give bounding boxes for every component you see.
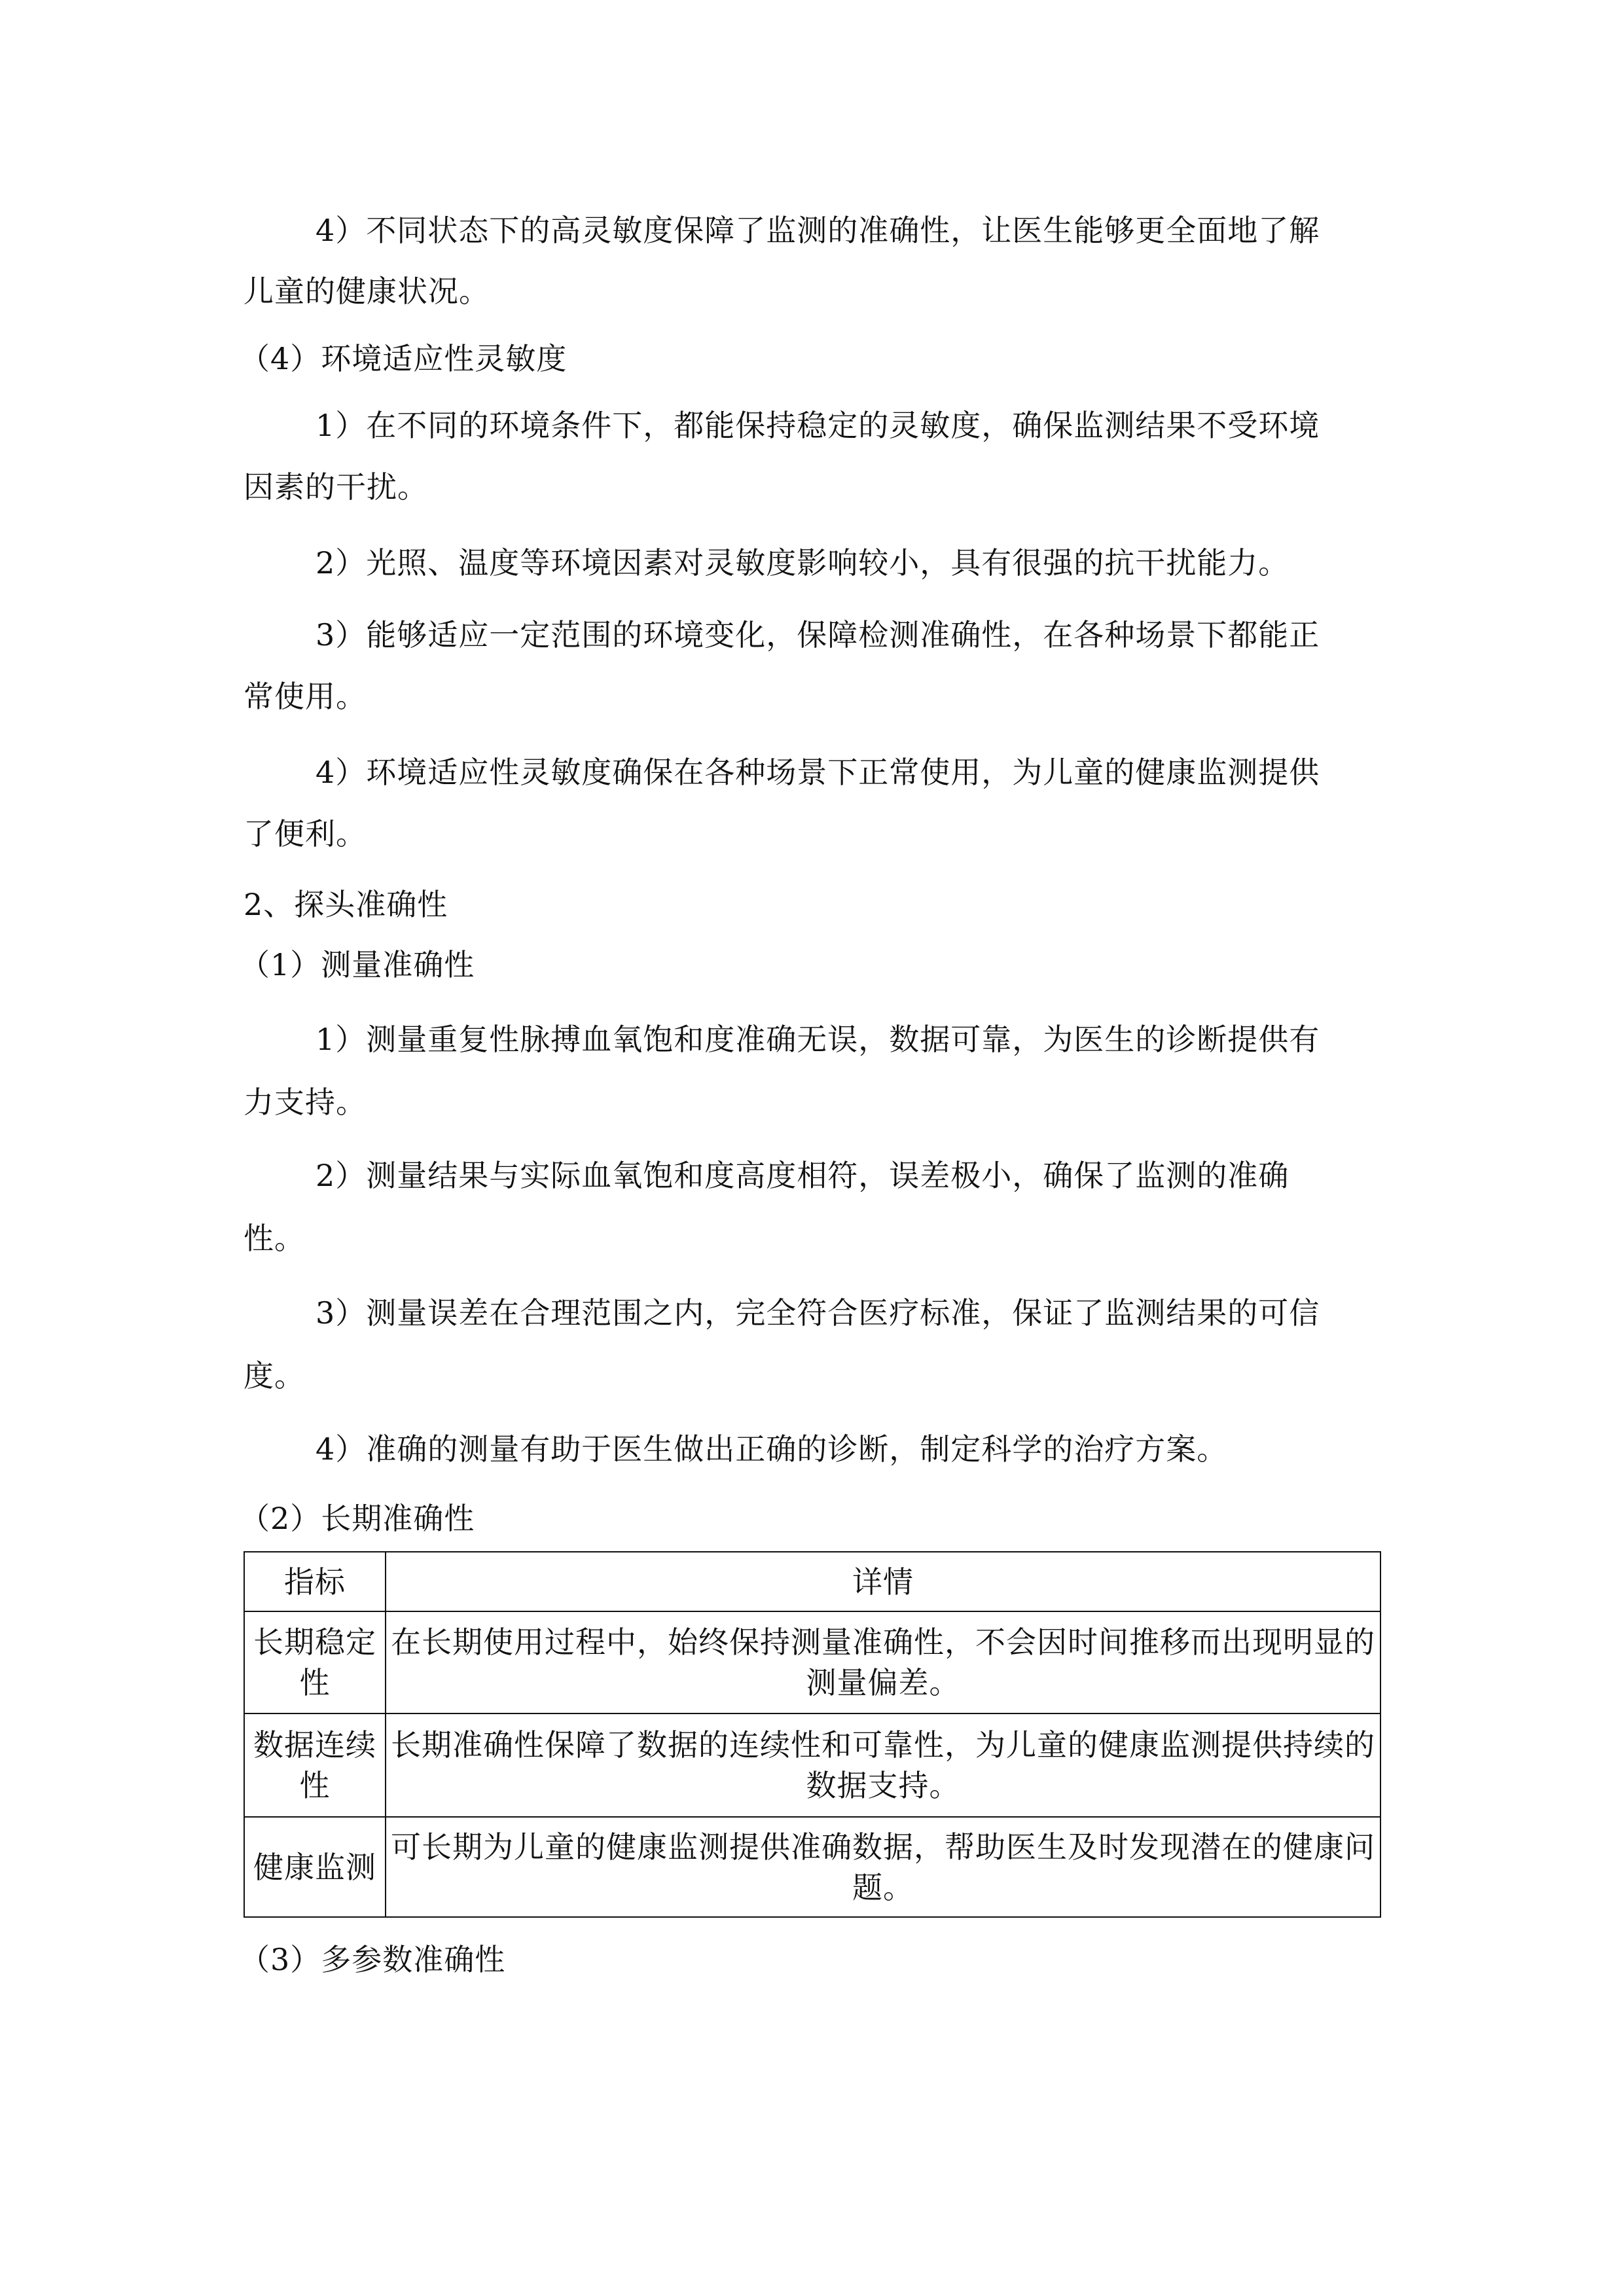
subsection-heading: （3）多参数准确性 — [240, 1940, 505, 1979]
paragraph-line: 性。 — [244, 1219, 305, 1258]
section-heading: 2、探头准确性 — [244, 885, 448, 924]
indicator-cell: 长期稳定性 — [244, 1611, 386, 1713]
paragraph-line: 4）环境适应性灵敏度确保在各种场景下正常使用，为儿童的健康监测提供 — [316, 753, 1320, 792]
paragraph-line: 1）在不同的环境条件下，都能保持稳定的灵敏度，确保监测结果不受环境 — [316, 406, 1320, 445]
paragraph-line: 常使用。 — [244, 677, 367, 716]
indicator-cell: 健康监测 — [244, 1817, 386, 1917]
table-header-row: 指标 详情 — [244, 1552, 1380, 1611]
paragraph-line: 因素的干扰。 — [244, 467, 428, 507]
paragraph-line: 2）光照、温度等环境因素对灵敏度影响较小，具有很强的抗干扰能力。 — [316, 543, 1289, 583]
table-row: 数据连续性 长期准确性保障了数据的连续性和可靠性，为儿童的健康监测提供持续的数据… — [244, 1713, 1380, 1817]
subsection-heading: （1）测量准确性 — [240, 945, 475, 984]
paragraph-line: 4）不同状态下的高灵敏度保障了监测的准确性，让医生能够更全面地了解 — [316, 211, 1320, 250]
paragraph-line: 3）测量误差在合理范围之内，完全符合医疗标准，保证了监测结果的可信 — [316, 1293, 1320, 1333]
paragraph-line: 了便利。 — [244, 814, 367, 853]
detail-cell: 在长期使用过程中，始终保持测量准确性，不会因时间推移而出现明显的测量偏差。 — [386, 1611, 1380, 1713]
paragraph-line: 3）能够适应一定范围的环境变化，保障检测准确性，在各种场景下都能正 — [316, 615, 1320, 655]
paragraph-line: 4）准确的测量有助于医生做出正确的诊断，制定科学的治疗方案。 — [316, 1429, 1227, 1469]
paragraph-line: 度。 — [244, 1356, 305, 1395]
subsection-heading: （2）长期准确性 — [240, 1499, 475, 1538]
paragraph-line: 2）测量结果与实际血氧饱和度高度相符，误差极小，确保了监测的准确 — [316, 1156, 1289, 1195]
detail-cell: 可长期为儿童的健康监测提供准确数据，帮助医生及时发现潜在的健康问题。 — [386, 1817, 1380, 1917]
subsection-heading: （4）环境适应性灵敏度 — [240, 339, 567, 378]
table-row: 长期稳定性 在长期使用过程中，始终保持测量准确性，不会因时间推移而出现明显的测量… — [244, 1611, 1380, 1713]
indicator-cell: 数据连续性 — [244, 1713, 386, 1817]
paragraph-line: 力支持。 — [244, 1083, 367, 1122]
paragraph-line: 儿童的健康状况。 — [244, 272, 490, 311]
paragraph-line: 1）测量重复性脉搏血氧饱和度准确无误，数据可靠，为医生的诊断提供有 — [316, 1020, 1320, 1059]
table-row: 健康监测 可长期为儿童的健康监测提供准确数据，帮助医生及时发现潜在的健康问题。 — [244, 1817, 1380, 1917]
detail-cell: 长期准确性保障了数据的连续性和可靠性，为儿童的健康监测提供持续的数据支持。 — [386, 1713, 1380, 1817]
column-header-indicator: 指标 — [244, 1552, 386, 1611]
column-header-detail: 详情 — [386, 1552, 1380, 1611]
long-term-accuracy-table: 指标 详情 长期稳定性 在长期使用过程中，始终保持测量准确性，不会因时间推移而出… — [244, 1551, 1381, 1918]
